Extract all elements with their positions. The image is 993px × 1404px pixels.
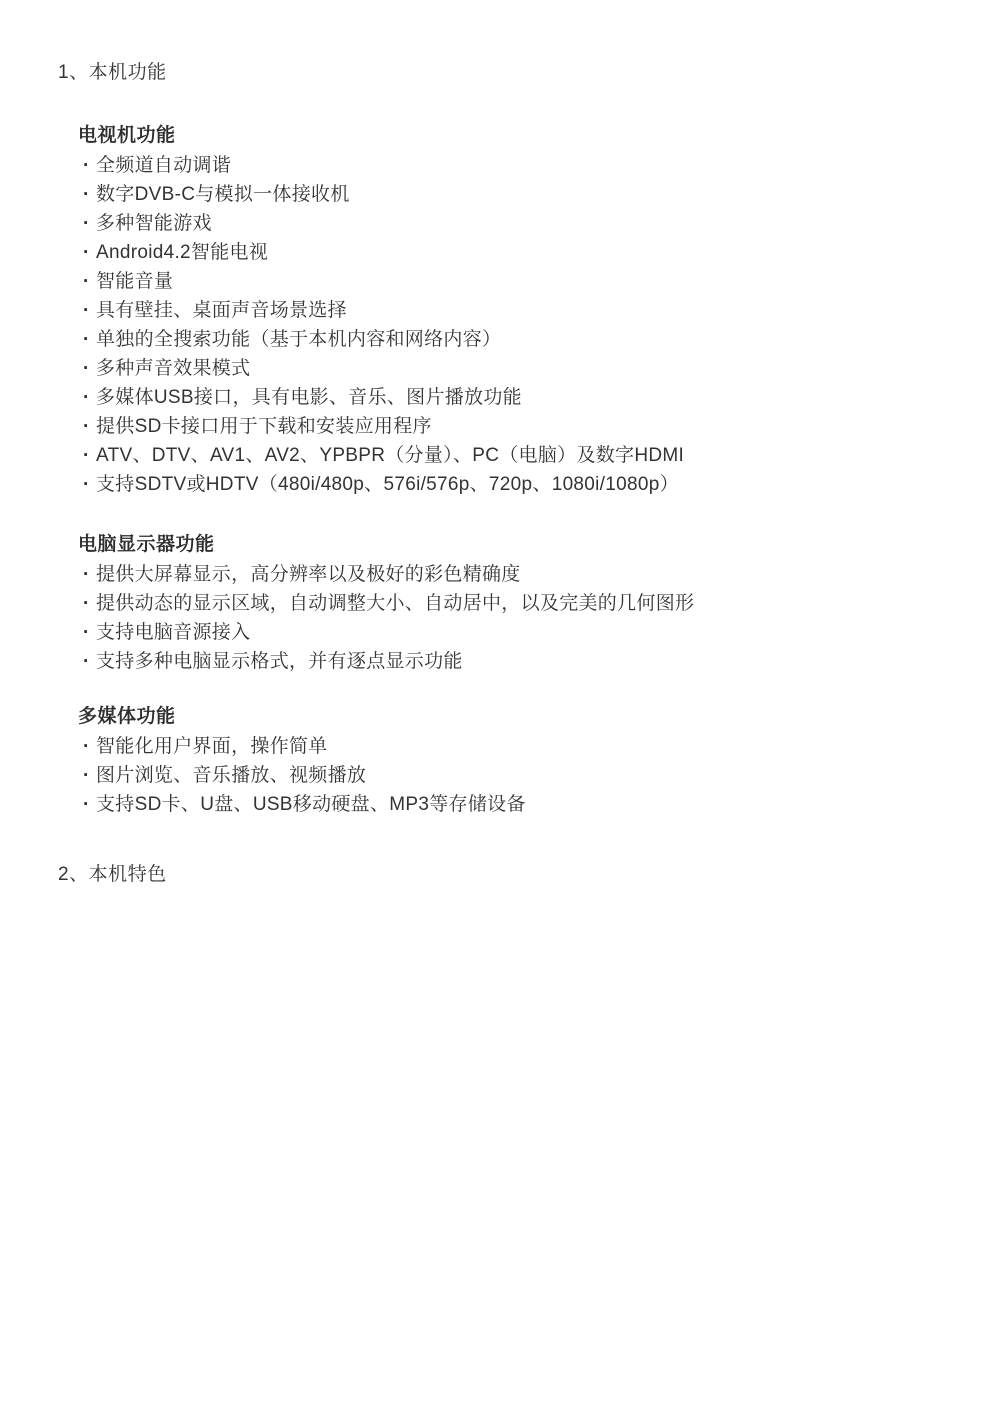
- feature-item-text: 多媒体USB接口，具有电影、音乐、图片播放功能: [96, 387, 522, 408]
- feature-item-text: 图片浏览、音乐播放、视频播放: [96, 765, 366, 786]
- feature-item-text: 支持SDTV或HDTV（480i/480p、576i/576p、720p、108…: [96, 474, 679, 495]
- feature-item: ·提供SD卡接口用于下载和安装应用程序: [0, 412, 993, 441]
- feature-list-pc-monitor: ·提供大屏幕显示，高分辨率以及极好的彩色精确度 ·提供动态的显示区域，自动调整大…: [0, 560, 993, 676]
- feature-item: ·多种智能游戏: [0, 209, 993, 238]
- feature-item-text: 数字DVB-C与模拟一体接收机: [96, 184, 350, 205]
- bullet-marker: ·: [83, 790, 96, 819]
- section-1-heading: 1、本机功能: [0, 0, 993, 84]
- section-2-heading: 2、本机特色: [0, 864, 993, 886]
- document-page: 1、本机功能 电视机功能 ·全频道自动调谐 ·数字DVB-C与模拟一体接收机 ·…: [0, 0, 993, 1404]
- bullet-marker: ·: [83, 732, 96, 761]
- bullet-marker: ·: [83, 383, 96, 412]
- bullet-marker: ·: [83, 238, 96, 267]
- feature-item: ·ATV、DTV、AV1、AV2、YPBPR（分量）、PC（电脑）及数字HDMI: [0, 441, 993, 470]
- feature-item: ·支持多种电脑显示格式，并有逐点显示功能: [0, 647, 993, 676]
- bullet-marker: ·: [83, 209, 96, 238]
- feature-item-text: 支持多种电脑显示格式，并有逐点显示功能: [96, 651, 463, 672]
- feature-item: ·多媒体USB接口，具有电影、音乐、图片播放功能: [0, 383, 993, 412]
- feature-item: ·具有壁挂、桌面声音场景选择: [0, 296, 993, 325]
- feature-item-text: 单独的全搜索功能（基于本机内容和网络内容）: [96, 329, 501, 350]
- feature-item: ·支持电脑音源接入: [0, 618, 993, 647]
- feature-item: ·Android4.2智能电视: [0, 238, 993, 267]
- feature-item-text: 全频道自动调谐: [96, 155, 231, 176]
- feature-item: ·支持SDTV或HDTV（480i/480p、576i/576p、720p、10…: [0, 470, 993, 499]
- feature-item-text: 提供大屏幕显示，高分辨率以及极好的彩色精确度: [96, 564, 521, 585]
- feature-list-multimedia: ·智能化用户界面，操作简单 ·图片浏览、音乐播放、视频播放 ·支持SD卡、U盘、…: [0, 732, 993, 819]
- feature-item: ·支持SD卡、U盘、USB移动硬盘、MP3等存储设备: [0, 790, 993, 819]
- feature-item-text: 智能化用户界面，操作简单: [96, 736, 328, 757]
- feature-group-tv-title: 电视机功能: [0, 125, 993, 147]
- bullet-marker: ·: [83, 325, 96, 354]
- feature-item: ·单独的全搜索功能（基于本机内容和网络内容）: [0, 325, 993, 354]
- feature-group-pc-monitor: 电脑显示器功能 ·提供大屏幕显示，高分辨率以及极好的彩色精确度 ·提供动态的显示…: [0, 534, 993, 676]
- feature-item-text: 具有壁挂、桌面声音场景选择: [96, 300, 347, 321]
- feature-item: ·图片浏览、音乐播放、视频播放: [0, 761, 993, 790]
- feature-item: ·智能音量: [0, 267, 993, 296]
- bullet-marker: ·: [83, 354, 96, 383]
- bullet-marker: ·: [83, 470, 96, 499]
- feature-item-text: 提供SD卡接口用于下载和安装应用程序: [96, 416, 432, 437]
- feature-item-text: 多种声音效果模式: [96, 358, 250, 379]
- bullet-marker: ·: [83, 761, 96, 790]
- feature-item: ·智能化用户界面，操作简单: [0, 732, 993, 761]
- bullet-marker: ·: [83, 151, 96, 180]
- bullet-marker: ·: [83, 296, 96, 325]
- feature-group-multimedia-title: 多媒体功能: [0, 706, 993, 728]
- feature-item: ·提供大屏幕显示，高分辨率以及极好的彩色精确度: [0, 560, 993, 589]
- feature-group-multimedia: 多媒体功能 ·智能化用户界面，操作简单 ·图片浏览、音乐播放、视频播放 ·支持S…: [0, 706, 993, 819]
- bullet-marker: ·: [83, 441, 96, 470]
- feature-item: ·全频道自动调谐: [0, 151, 993, 180]
- feature-item: ·多种声音效果模式: [0, 354, 993, 383]
- bullet-marker: ·: [83, 412, 96, 441]
- bullet-marker: ·: [83, 267, 96, 296]
- bullet-marker: ·: [83, 560, 96, 589]
- feature-item-text: Android4.2智能电视: [96, 242, 268, 263]
- feature-list-tv: ·全频道自动调谐 ·数字DVB-C与模拟一体接收机 ·多种智能游戏 ·Andro…: [0, 151, 993, 499]
- feature-item: ·数字DVB-C与模拟一体接收机: [0, 180, 993, 209]
- feature-group-pc-monitor-title: 电脑显示器功能: [0, 534, 993, 556]
- feature-group-tv: 电视机功能 ·全频道自动调谐 ·数字DVB-C与模拟一体接收机 ·多种智能游戏 …: [0, 125, 993, 499]
- feature-item-text: 智能音量: [96, 271, 173, 292]
- feature-item-text: 支持SD卡、U盘、USB移动硬盘、MP3等存储设备: [96, 794, 526, 815]
- feature-item-text: ATV、DTV、AV1、AV2、YPBPR（分量）、PC（电脑）及数字HDMI: [96, 445, 684, 466]
- feature-item: ·提供动态的显示区域，自动调整大小、自动居中，以及完美的几何图形: [0, 589, 993, 618]
- feature-item-text: 提供动态的显示区域，自动调整大小、自动居中，以及完美的几何图形: [96, 593, 694, 614]
- bullet-marker: ·: [83, 180, 96, 209]
- feature-item-text: 支持电脑音源接入: [96, 622, 250, 643]
- bullet-marker: ·: [83, 589, 96, 618]
- feature-item-text: 多种智能游戏: [96, 213, 212, 234]
- bullet-marker: ·: [83, 647, 96, 676]
- bullet-marker: ·: [83, 618, 96, 647]
